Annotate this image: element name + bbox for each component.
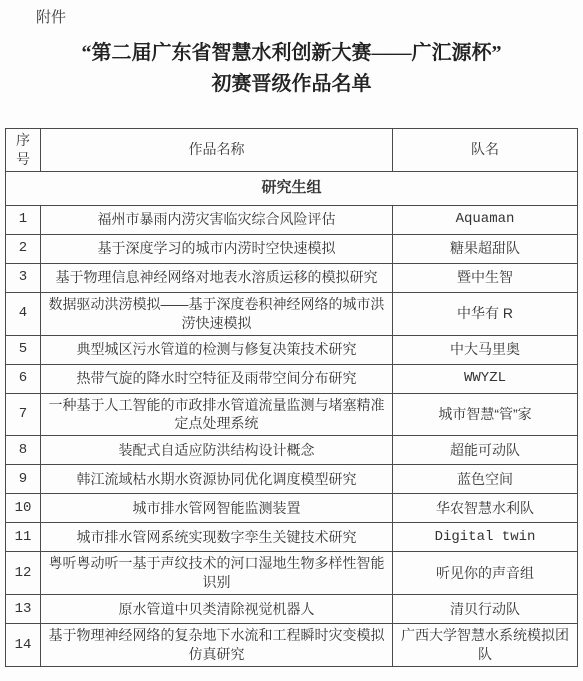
row-number-cell: 8 [6, 436, 41, 465]
table-row: 9韩江流域枯水期水资源协同优化调度模型研究蓝色空间 [6, 465, 578, 494]
section-header-cell: 研究生组 [6, 171, 578, 205]
work-name-cell: 装配式自适应防洪结构设计概念 [41, 436, 393, 465]
table-row: 12粤听粤动听一基于声纹技术的河口湿地生物多样性智能识别听见你的声音组 [6, 552, 578, 595]
team-name-cell: 蓝色空间 [393, 465, 578, 494]
row-number-cell: 4 [6, 292, 41, 335]
work-name-cell: 基于物理神经网络的复杂地下水流和工程瞬时灾变模拟仿真研究 [41, 624, 393, 667]
work-name-cell: 原水管道中贝类清除视觉机器人 [41, 595, 393, 624]
team-name-cell: 中大马里奥 [393, 335, 578, 364]
table-header-row: 序号 作品名称 队名 [6, 129, 578, 172]
row-number-cell: 12 [6, 552, 41, 595]
row-number-cell: 10 [6, 494, 41, 523]
row-number-cell: 9 [6, 465, 41, 494]
column-header-number: 序号 [6, 129, 41, 172]
table-row: 6热带气旋的降水时空特征及雨带空间分布研究WWYZL [6, 364, 578, 393]
results-table: 序号 作品名称 队名 研究生组 1福州市暴雨内涝灾害临灾综合风险评估Aquama… [5, 128, 578, 667]
row-number-cell: 11 [6, 523, 41, 552]
row-number-cell: 6 [6, 364, 41, 393]
work-name-cell: 一种基于人工智能的市政排水管道流量监测与堵塞精准定点处理系统 [41, 393, 393, 436]
table-row: 10城市排水管网智能监测装置华农智慧水利队 [6, 494, 578, 523]
table-row: 7一种基于人工智能的市政排水管道流量监测与堵塞精准定点处理系统城市智慧“管”家 [6, 393, 578, 436]
table-row: 13原水管道中贝类清除视觉机器人清贝行动队 [6, 595, 578, 624]
work-name-cell: 典型城区污水管道的检测与修复决策技术研究 [41, 335, 393, 364]
table-row: 5典型城区污水管道的检测与修复决策技术研究中大马里奥 [6, 335, 578, 364]
work-name-cell: 粤听粤动听一基于声纹技术的河口湿地生物多样性智能识别 [41, 552, 393, 595]
row-number-cell: 13 [6, 595, 41, 624]
row-number-cell: 7 [6, 393, 41, 436]
work-name-cell: 福州市暴雨内涝灾害临灾综合风险评估 [41, 205, 393, 234]
row-number-cell: 1 [6, 205, 41, 234]
work-name-cell: 基于物理信息神经网络对地表水溶质运移的模拟研究 [41, 263, 393, 292]
table-body: 研究生组 1福州市暴雨内涝灾害临灾综合风险评估Aquaman2基于深度学习的城市… [6, 171, 578, 666]
column-header-team-name: 队名 [393, 129, 578, 172]
work-name-cell: 数据驱动洪涝模拟——基于深度卷积神经网络的城市洪涝快速模拟 [41, 292, 393, 335]
team-name-cell: 糖果超甜队 [393, 234, 578, 263]
team-name-cell: Aquaman [393, 205, 578, 234]
table-row: 3基于物理信息神经网络对地表水溶质运移的模拟研究暨中生智 [6, 263, 578, 292]
team-name-cell: 超能可动队 [393, 436, 578, 465]
table-row: 4数据驱动洪涝模拟——基于深度卷积神经网络的城市洪涝快速模拟中华有 R [6, 292, 578, 335]
title-line-2: 初赛晋级作品名单 [0, 71, 583, 97]
table-row: 2基于深度学习的城市内涝时空快速模拟糖果超甜队 [6, 234, 578, 263]
team-name-cell: 听见你的声音组 [393, 552, 578, 595]
row-number-cell: 14 [6, 624, 41, 667]
table-row: 11城市排水管网系统实现数字孪生关键技术研究Digital twin [6, 523, 578, 552]
team-name-cell: 华农智慧水利队 [393, 494, 578, 523]
team-name-cell: 暨中生智 [393, 263, 578, 292]
document-title: “第二届广东省智慧水利创新大赛——广汇源杯” 初赛晋级作品名单 [0, 40, 583, 97]
work-name-cell: 韩江流域枯水期水资源协同优化调度模型研究 [41, 465, 393, 494]
table-row: 8装配式自适应防洪结构设计概念超能可动队 [6, 436, 578, 465]
section-header-row: 研究生组 [6, 171, 578, 205]
team-name-cell: 城市智慧“管”家 [393, 393, 578, 436]
row-number-cell: 2 [6, 234, 41, 263]
title-line-1: “第二届广东省智慧水利创新大赛——广汇源杯” [0, 40, 583, 66]
table-row: 1福州市暴雨内涝灾害临灾综合风险评估Aquaman [6, 205, 578, 234]
work-name-cell: 城市排水管网系统实现数字孪生关键技术研究 [41, 523, 393, 552]
table-row: 14基于物理神经网络的复杂地下水流和工程瞬时灾变模拟仿真研究广西大学智慧水系统模… [6, 624, 578, 667]
work-name-cell: 基于深度学习的城市内涝时空快速模拟 [41, 234, 393, 263]
row-number-cell: 3 [6, 263, 41, 292]
team-name-cell: WWYZL [393, 364, 578, 393]
team-name-cell: Digital twin [393, 523, 578, 552]
team-name-cell: 广西大学智慧水系统模拟团队 [393, 624, 578, 667]
team-name-cell: 中华有 R [393, 292, 578, 335]
team-name-cell: 清贝行动队 [393, 595, 578, 624]
work-name-cell: 热带气旋的降水时空特征及雨带空间分布研究 [41, 364, 393, 393]
row-number-cell: 5 [6, 335, 41, 364]
attachment-label: 附件 [36, 6, 583, 27]
work-name-cell: 城市排水管网智能监测装置 [41, 494, 393, 523]
column-header-work-name: 作品名称 [41, 129, 393, 172]
